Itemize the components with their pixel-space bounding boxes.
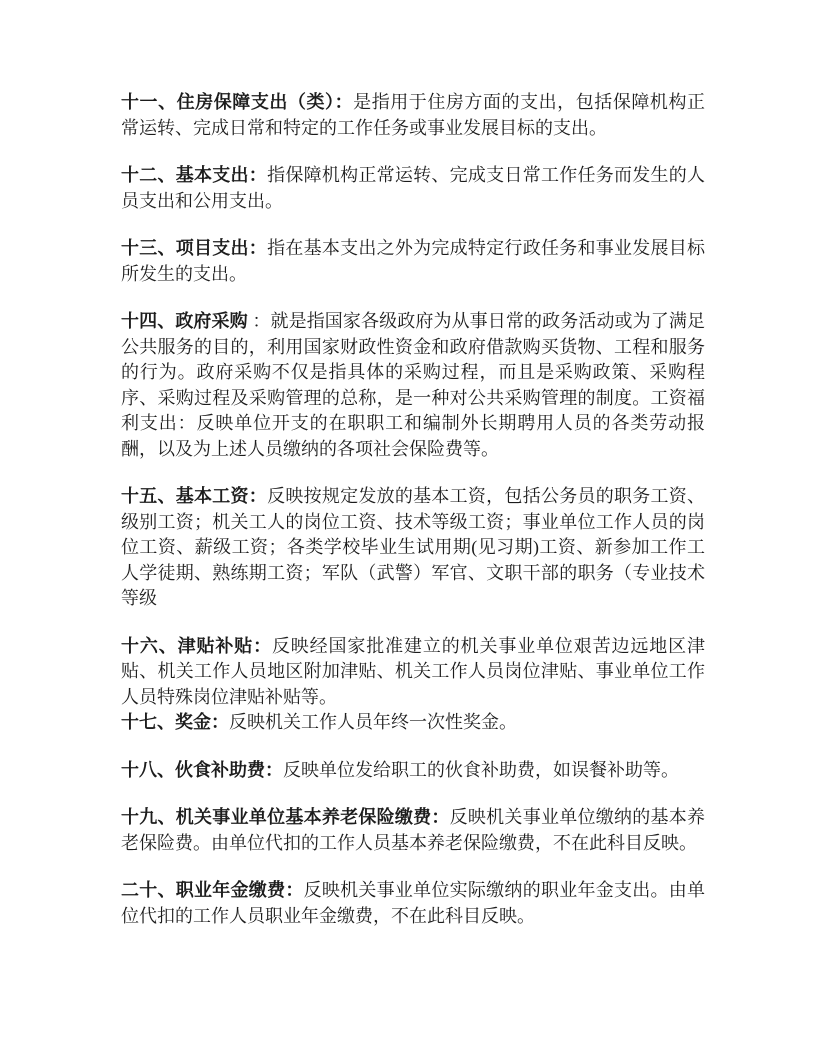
section-heading: 十二、基本支出： — [121, 165, 267, 185]
section-body: 反映机关工作人员年终一次性奖金。 — [229, 712, 517, 732]
section-body: ：就是指国家各级政府为从事日常的政务活动或为了满足公共服务的目的，利用国家财政性… — [121, 311, 705, 459]
section-basic-salary: 十五、基本工资：反映按规定发放的基本工资，包括公务员的职务工资、级别工资；机关工… — [121, 484, 705, 612]
document-page: 十一、住房保障支出（类）：是指用于住房方面的支出，包括保障机构正常运转、完成日常… — [0, 0, 815, 1055]
section-heading: 十九、机关事业单位基本养老保险缴费： — [121, 807, 450, 827]
section-allowances-subsidies: 十六、津贴补贴：反映经国家批准建立的机关事业单位艰苦边远地区津贴、机关工作人员地… — [121, 634, 705, 711]
section-basic-pension-contribution: 十九、机关事业单位基本养老保险缴费：反映机关事业单位缴纳的基本养老保险费。由单位… — [121, 805, 705, 856]
section-occupational-annuity-contribution: 二十、职业年金缴费：反映机关事业单位实际缴纳的职业年金支出。由单位代扣的工作人员… — [121, 878, 705, 929]
section-housing-support-expenditure: 十一、住房保障支出（类）：是指用于住房方面的支出，包括保障机构正常运转、完成日常… — [121, 90, 705, 141]
section-project-expenditure: 十三、项目支出：指在基本支出之外为完成特定行政任务和事业发展目标所发生的支出。 — [121, 236, 705, 287]
section-body: 反映单位发给职工的伙食补助费，如误餐补助等。 — [283, 760, 679, 780]
document-content: 十一、住房保障支出（类）：是指用于住房方面的支出，包括保障机构正常运转、完成日常… — [121, 90, 705, 951]
section-heading: 十六、津贴补贴： — [121, 636, 272, 656]
section-heading: 十七、奖金： — [121, 712, 229, 732]
section-bonus: 十七、奖金：反映机关工作人员年终一次性奖金。 — [121, 710, 705, 736]
section-heading: 十三、项目支出： — [121, 238, 267, 258]
section-heading: 十四、政府采购 — [121, 311, 248, 331]
section-basic-expenditure: 十二、基本支出：指保障机构正常运转、完成支日常工作任务而发生的人员支出和公用支出… — [121, 163, 705, 214]
section-heading: 十五、基本工资： — [121, 486, 267, 506]
section-heading: 十一、住房保障支出（类）： — [121, 92, 353, 112]
section-heading: 十八、伙食补助费： — [121, 760, 283, 780]
section-meal-subsidy: 十八、伙食补助费：反映单位发给职工的伙食补助费，如误餐补助等。 — [121, 758, 705, 784]
section-heading: 二十、职业年金缴费： — [121, 880, 304, 900]
section-government-procurement: 十四、政府采购 ：就是指国家各级政府为从事日常的政务活动或为了满足公共服务的目的… — [121, 309, 705, 462]
